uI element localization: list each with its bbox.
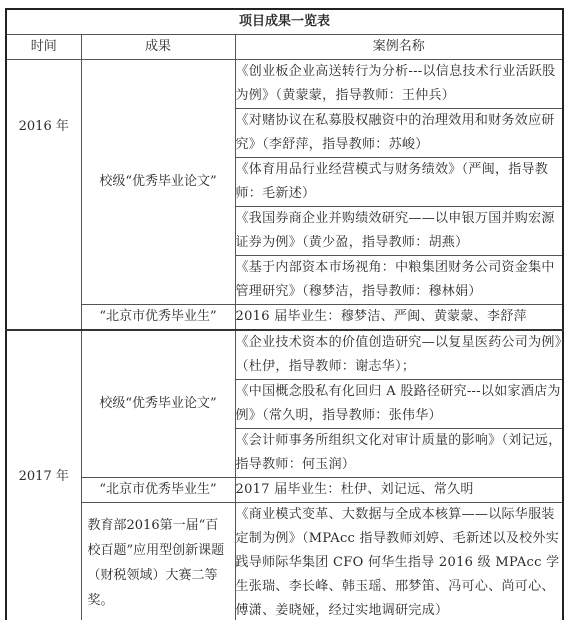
case-cell: 《会计师事务所组织文化对审计质量的影响》（刘记远，指导教师：何玉润） [235,429,563,478]
header-time: 时间 [6,35,81,60]
achievement-cell: “北京市优秀毕业生” [81,478,235,503]
case-cell: 《体育用品行业经营模式与财务绩效》（严闽，指导教师：毛新述） [235,158,563,207]
table-row: “北京市优秀毕业生” 2017 届毕业生：杜伊、刘记远、常久明 [6,478,563,503]
table-title: 项目成果一览表 [6,9,563,35]
case-cell: 《中国概念股私有化回归 A 股路径研究---以如家酒店为例》（常久明，指导教师：… [235,380,563,429]
year-label: 2016 年 [7,115,81,139]
table-row: 教育部2016第一届“百校百题”应用型创新课题（财税领域）大赛二等奖。 《商业模… [6,503,563,620]
case-cell: 2017 届毕业生：杜伊、刘记远、常久明 [235,478,563,503]
table-row: 2017 年 校级“优秀毕业论文” 《企业技术资本的价值创造研究—以复星医药公司… [6,330,563,380]
year-label: 2017 年 [7,465,81,489]
achievement-cell: “北京市优秀毕业生” [81,305,235,331]
case-cell: 《创业板企业高送转行为分析---以信息技术行业活跃股为例》（黄蒙蒙，指导教师：王… [235,60,563,109]
year-cell-2017: 2017 年 [6,330,81,620]
table-row: 2016 年 校级“优秀毕业论文” 《创业板企业高送转行为分析---以信息技术行… [6,60,563,109]
achievement-cell: 校级“优秀毕业论文” [81,60,235,305]
header-achievement: 成果 [81,35,235,60]
case-cell: 《对赌协议在私募股权融资中的治理效用和财务效应研究》（李舒萍，指导教师：苏峻） [235,109,563,158]
header-case-name: 案例名称 [235,35,563,60]
title-row: 项目成果一览表 [6,9,563,35]
achievement-cell: 教育部2016第一届“百校百题”应用型创新课题（财税领域）大赛二等奖。 [81,503,235,620]
case-cell: 《我国券商企业并购绩效研究——以申银万国并购宏源证券为例》（黄少盈，指导教师：胡… [235,207,563,256]
case-cell: 2016 届毕业生：穆梦洁、严闽、黄蒙蒙、李舒萍 [235,305,563,331]
achievements-table: 项目成果一览表 时间 成果 案例名称 2016 年 校级“优秀毕业论文” 《创业… [5,8,564,620]
case-cell: 《商业模式变革、大数据与全成本核算——以际华服装定制为例》（MPAcc 指导教师… [235,503,563,620]
year-cell-2016: 2016 年 [6,60,81,331]
case-cell: 《基于内部资本市场视角：中粮集团财务公司资金集中管理研究》（穆梦洁，指导教师：穆… [235,256,563,305]
header-row: 时间 成果 案例名称 [6,35,563,60]
case-cell: 《企业技术资本的价值创造研究—以复星医药公司为例》（杜伊，指导教师：谢志华）； [235,330,563,380]
table-row: “北京市优秀毕业生” 2016 届毕业生：穆梦洁、严闽、黄蒙蒙、李舒萍 [6,305,563,331]
achievement-cell: 校级“优秀毕业论文” [81,330,235,478]
